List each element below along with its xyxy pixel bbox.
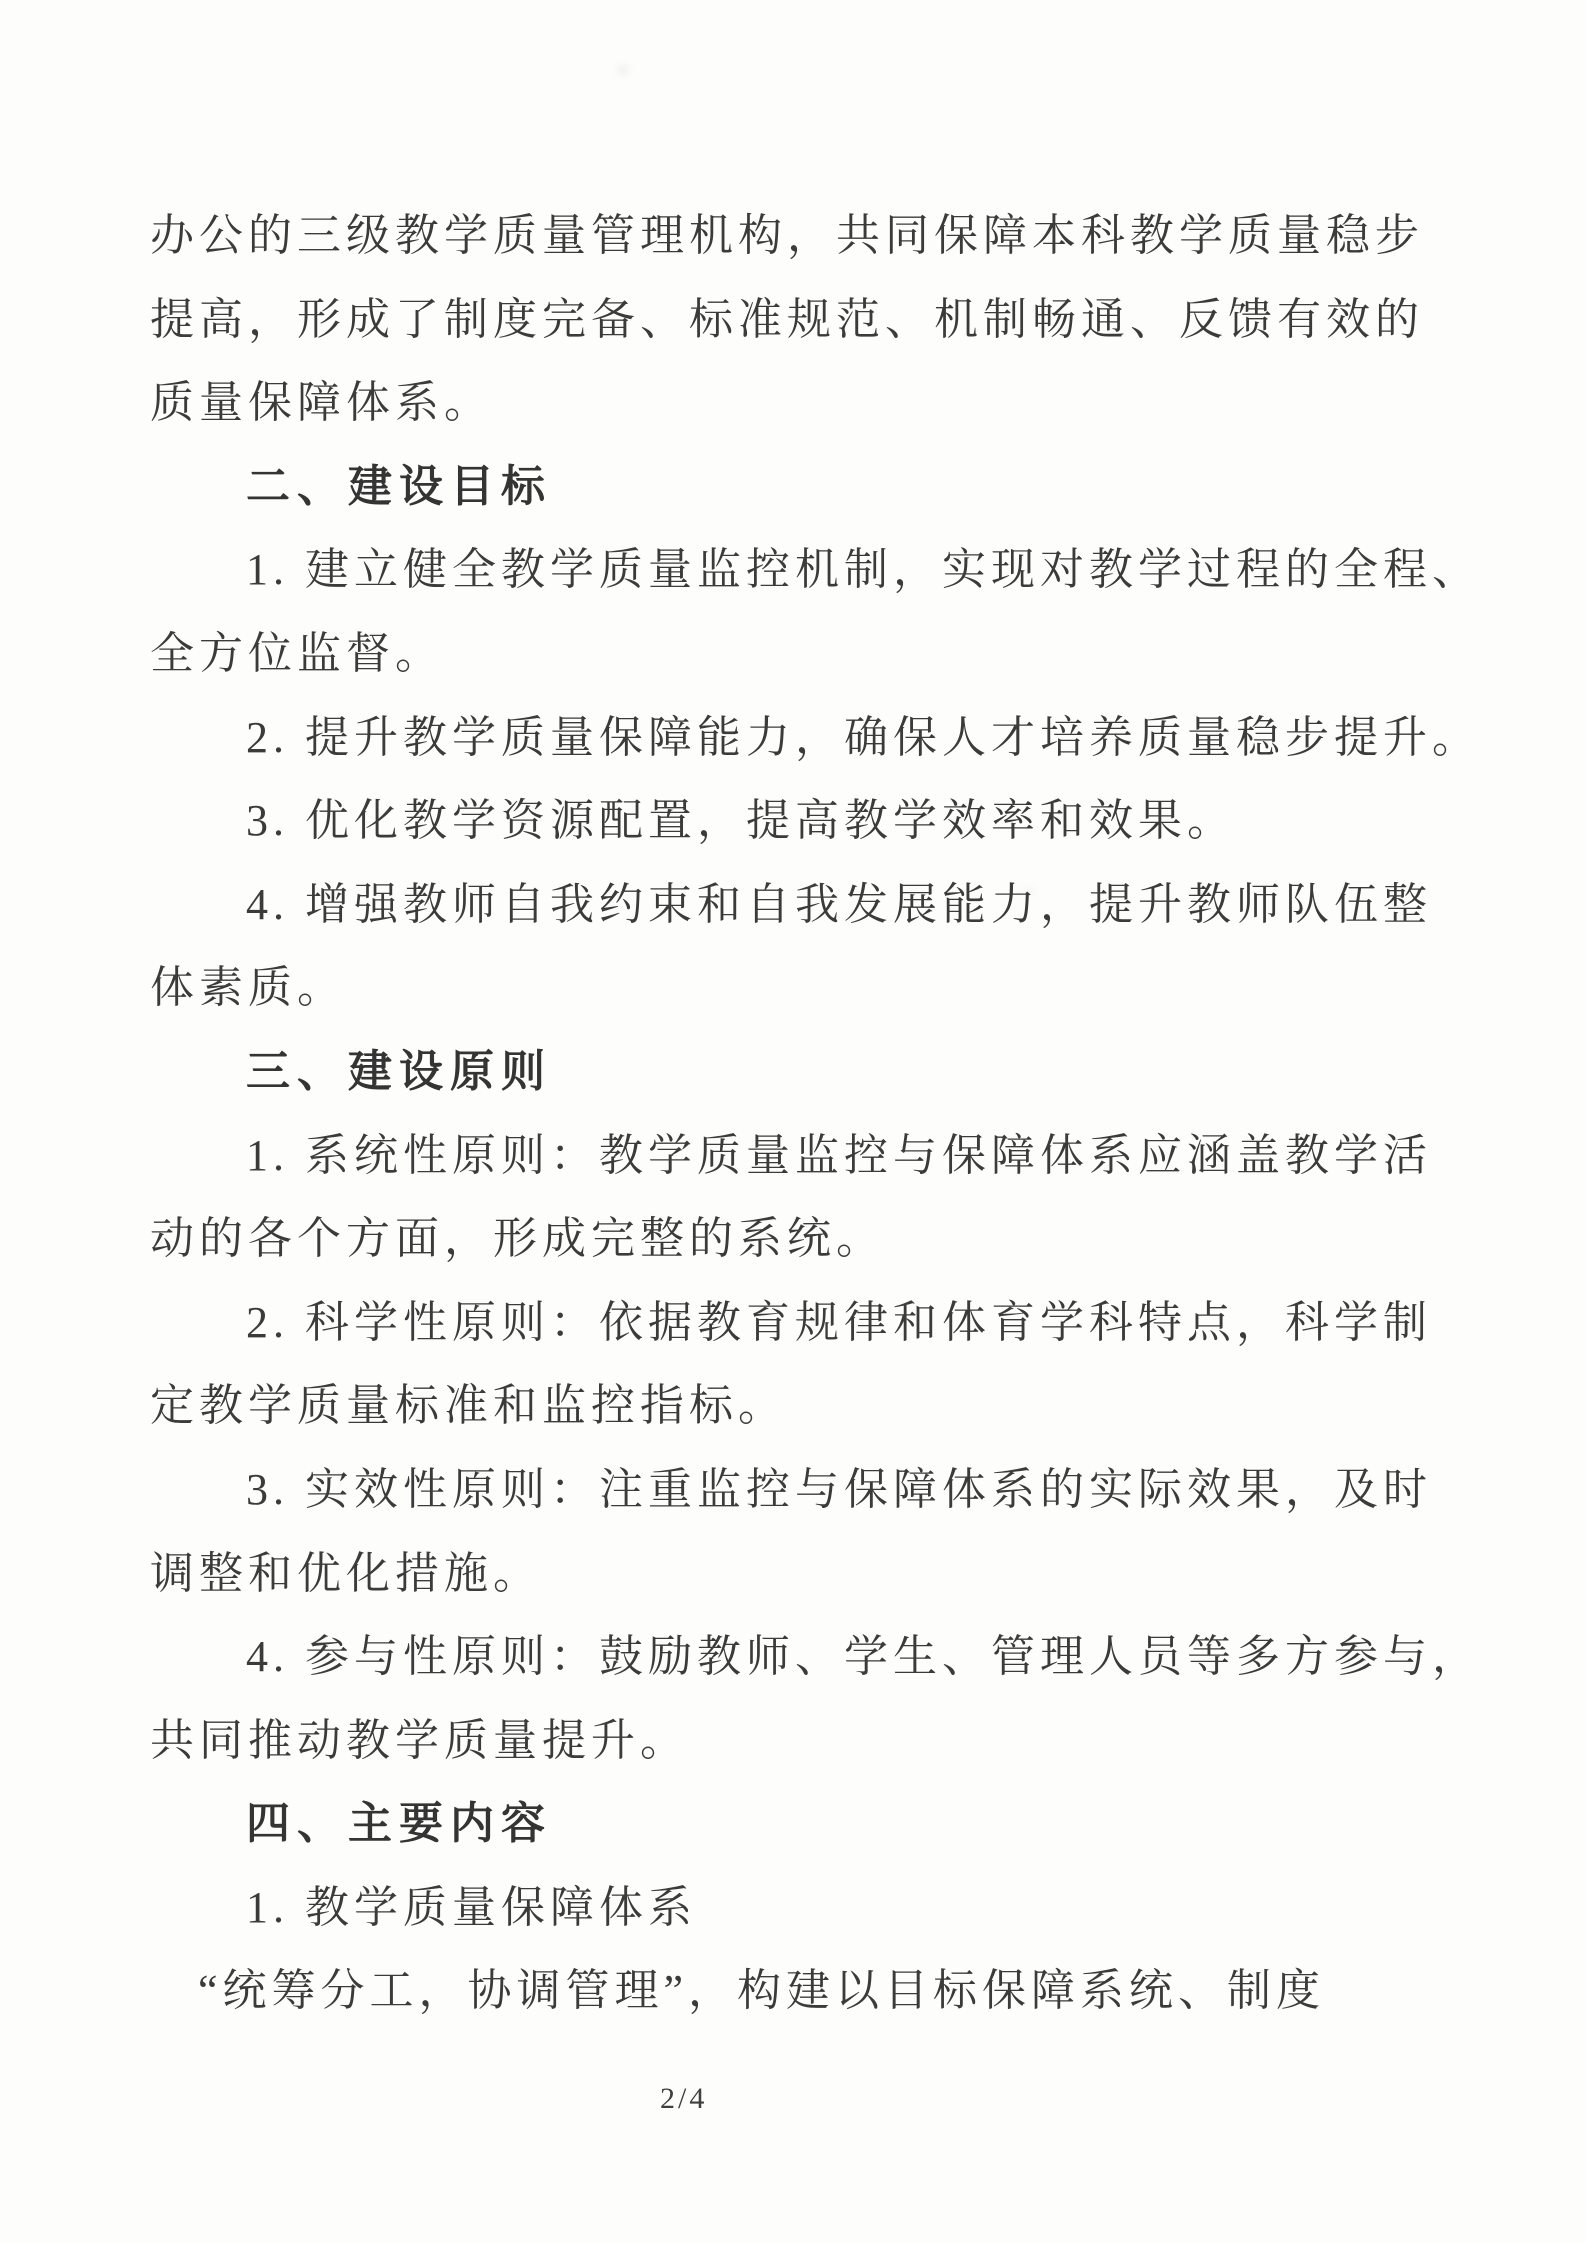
- section-heading: 三、建设原则: [150, 1030, 1450, 1114]
- document-page: 办公的三级教学质量管理机构，共同保障本科教学质量稳步 提高，形成了制度完备、标准…: [0, 0, 1586, 2242]
- text-line: 2. 提升教学质量保障能力，确保人才培养质量稳步提升。: [150, 696, 1450, 780]
- text-line: 定教学质量标准和监控指标。: [150, 1364, 1450, 1448]
- text-line: 调整和优化措施。: [150, 1532, 1450, 1616]
- text-line: 1. 系统性原则：教学质量监控与保障体系应涵盖教学活: [150, 1114, 1450, 1198]
- text-line: 体素质。: [150, 946, 1450, 1030]
- text-line: “统筹分工，协调管理”，构建以目标保障系统、制度: [150, 1949, 1450, 2033]
- section-heading: 二、建设目标: [150, 445, 1450, 529]
- text-line: 共同推动教学质量提升。: [150, 1699, 1450, 1783]
- text-line: 动的各个方面，形成完整的系统。: [150, 1197, 1450, 1281]
- text-line: 办公的三级教学质量管理机构，共同保障本科教学质量稳步: [150, 194, 1450, 278]
- text-line: 质量保障体系。: [150, 361, 1450, 445]
- scan-artifact: [618, 66, 628, 74]
- text-line: 3. 优化教学资源配置，提高教学效率和效果。: [150, 779, 1450, 863]
- text-line: 3. 实效性原则：注重监控与保障体系的实际效果，及时: [150, 1448, 1450, 1532]
- text-line: 提高，形成了制度完备、标准规范、机制畅通、反馈有效的: [150, 278, 1450, 362]
- text-line: 1. 教学质量保障体系: [150, 1866, 1450, 1950]
- text-line: 1. 建立健全教学质量监控机制，实现对教学过程的全程、: [150, 528, 1450, 612]
- document-body: 办公的三级教学质量管理机构，共同保障本科教学质量稳步 提高，形成了制度完备、标准…: [150, 194, 1450, 2033]
- section-heading: 四、主要内容: [150, 1782, 1450, 1866]
- text-line: 4. 增强教师自我约束和自我发展能力，提升教师队伍整: [150, 863, 1450, 947]
- text-line: 2. 科学性原则：依据教育规律和体育学科特点，科学制: [150, 1281, 1450, 1365]
- page-number: 2/4: [660, 2082, 707, 2116]
- text-line: 4. 参与性原则：鼓励教师、学生、管理人员等多方参与，: [150, 1615, 1450, 1699]
- text-line: 全方位监督。: [150, 612, 1450, 696]
